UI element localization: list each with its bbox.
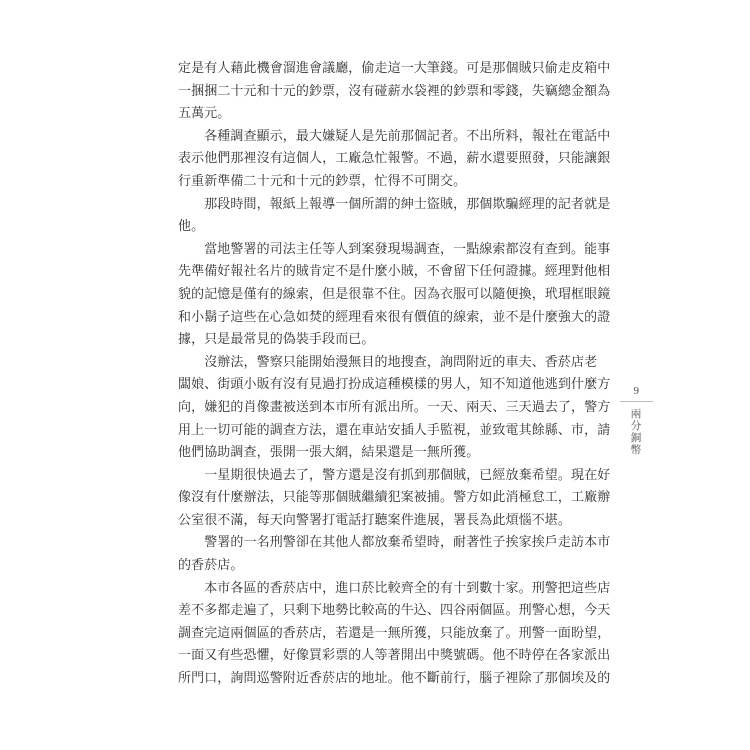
text-line: 像沒有什麼辦法，只能等那個賊繼續犯案被捕。警方如此消極怠工，工廠辦 (178, 486, 614, 509)
text-line: 他們協助調查，張開一張大網，結果還是一無所獲。 (178, 441, 614, 464)
text-line: 用上一切可能的調查方法，還在車站安插人手監視，並致電其餘縣、市，請 (178, 419, 614, 442)
body-text: 定是有人藉此機會溜進會議廳，偷走這一大筆錢。可是那個賊只偷走皮箱中一捆捆二十元和… (178, 57, 614, 690)
text-line: 他。 (178, 215, 614, 238)
text-line: 和小鬍子這些在心急如焚的經理看來很有價值的線索，並不是什麼強大的證 (178, 306, 614, 329)
text-line: 調查完這兩個區的香菸店，若還是一無所獲，只能放棄了。刑警一面盼望， (178, 622, 614, 645)
text-line: 沒辦法，警察只能開始漫無目的地搜查，詢問附近的車夫、香菸店老 (178, 351, 614, 374)
text-line: 據，只是最常見的偽裝手段而已。 (178, 328, 614, 351)
book-page: 定是有人藉此機會溜進會議廳，偷走這一大筆錢。可是那個賊只偷走皮箱中一捆捆二十元和… (0, 0, 750, 750)
text-line: 所門口，詢問巡警附近香菸店的地址。他不斷前行，腦子裡除了那個埃及的 (178, 667, 614, 690)
text-line: 先準備好報社名片的賊肯定不是什麼小賊，不會留下任何證據。經理對他相 (178, 260, 614, 283)
text-line: 一面又有些恐懼，好像買彩票的人等著開出中獎號碼。他不時停在各家派出 (178, 644, 614, 667)
folio-divider-rule (620, 401, 653, 402)
text-line: 行重新準備二十元和十元的鈔票，忙得不可開交。 (178, 170, 614, 193)
page-margin-folio: 9 兩分銅幣 (619, 384, 654, 456)
text-line: 警署的一名刑警卻在其他人都放棄希望時，耐著性子挨家挨戶走訪本市 (178, 531, 614, 554)
text-line: 本市各區的香菸店中，進口菸比較齊全的有十到數十家。刑警把這些店 (178, 577, 614, 600)
text-line: 定是有人藉此機會溜進會議廳，偷走這一大筆錢。可是那個賊只偷走皮箱中 (178, 57, 614, 80)
text-line: 那段時間，報紙上報導一個所謂的紳士盜賊，那個欺騙經理的記者就是 (178, 193, 614, 216)
book-title-vertical: 兩分銅幣 (631, 408, 643, 456)
text-line: 當地警署的司法主任等人到案發現場調查，一點線索都沒有查到。能事 (178, 238, 614, 261)
page-number: 9 (619, 384, 654, 398)
text-line: 貌的記憶是僅有的線索，但是很靠不住。因為衣服可以隨便換，玳瑁框眼鏡 (178, 283, 614, 306)
text-line: 差不多都走遍了，只剩下地勢比較高的牛込、四谷兩個區。刑警心想，今天 (178, 599, 614, 622)
text-line: 一捆捆二十元和十元的鈔票，沒有碰薪水袋裡的鈔票和零錢，失竊總金額為 (178, 80, 614, 103)
text-line: 各種調查顯示，最大嫌疑人是先前那個記者。不出所料，報社在電話中 (178, 125, 614, 148)
text-line: 公室很不滿，每天向警署打電話打聽案件進展，署長為此煩惱不堪。 (178, 509, 614, 532)
text-line: 五萬元。 (178, 102, 614, 125)
text-line: 向，嫌犯的肖像畫被送到本市所有派出所。一天、兩天、三天過去了，警方 (178, 396, 614, 419)
text-line: 一星期很快過去了，警方還是沒有抓到那個賊，已經放棄希望。現在好 (178, 464, 614, 487)
text-line: 闆娘、街頭小販有沒有見過打扮成這種模樣的男人，知不知道他逃到什麼方 (178, 373, 614, 396)
text-line: 表示他們那裡沒有這個人，工廠急忙報警。不過，薪水還要照發，只能讓銀 (178, 147, 614, 170)
text-line: 的香菸店。 (178, 554, 614, 577)
